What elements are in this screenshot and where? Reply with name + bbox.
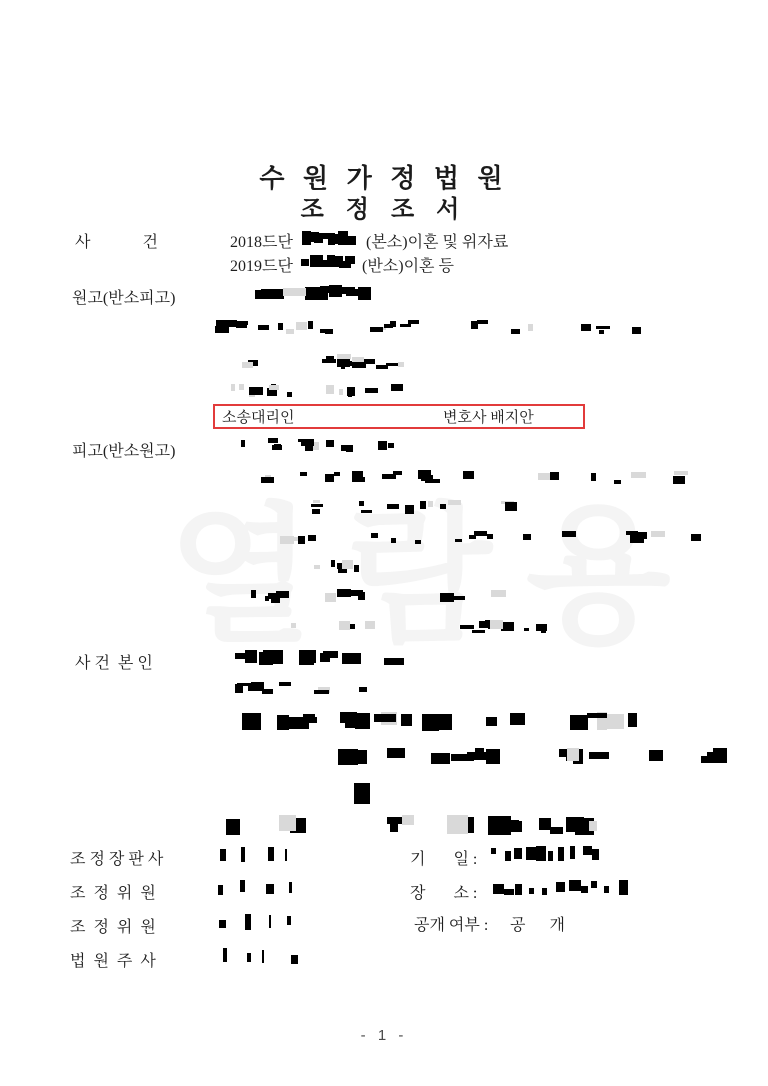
redaction-solid-square	[354, 783, 370, 804]
mediator-1-label: 조 정 위 원	[70, 880, 156, 903]
attorney-name: 변호사 배지안	[443, 406, 534, 427]
case-title-2: (반소)이혼 등	[362, 253, 454, 276]
redaction-defendant-line4	[228, 530, 702, 546]
representative-label: 소송대리인	[222, 406, 294, 427]
redaction-line-above-footer	[218, 815, 616, 835]
redaction-subject-line2	[222, 682, 374, 695]
case-number-1-prefix: 2018드단	[230, 229, 293, 252]
subject-person-label: 사 건 본 인	[75, 650, 153, 673]
redaction-case2-number	[301, 255, 357, 268]
redaction-plaintiff-line2	[214, 319, 650, 336]
case-title-1: (본소)이혼 및 위자료	[366, 229, 508, 252]
public-status-value: 공 개	[510, 912, 565, 935]
page-number: - 1 -	[0, 1027, 768, 1044]
redaction-defendant-name	[228, 438, 428, 452]
mediator-2-label: 조 정 위 원	[70, 914, 156, 937]
plaintiff-label: 원고(반소피고)	[72, 285, 175, 308]
case-label: 사 건	[75, 229, 158, 252]
redaction-mediator1-name	[216, 880, 316, 896]
redaction-plaintiff-line3	[240, 353, 435, 370]
redaction-date-value	[490, 846, 612, 861]
redaction-defendant-line7	[232, 619, 564, 634]
doc-type-title: 조 정 조 서	[0, 189, 768, 224]
redaction-defendant-line5	[308, 560, 392, 574]
redaction-subject-line4	[338, 747, 764, 765]
redaction-clerk-name	[216, 948, 316, 964]
hearing-date-label: 기 일 :	[410, 846, 481, 869]
case-number-2-prefix: 2019드단	[230, 253, 293, 276]
watermark: 열람용	[168, 455, 705, 671]
redaction-plaintiff-line4	[212, 384, 424, 398]
redaction-defendant-line2	[234, 470, 692, 484]
redaction-mediator2-name	[216, 914, 316, 930]
redaction-defendant-line6	[228, 589, 536, 604]
redaction-judge-name	[216, 846, 316, 862]
court-clerk-label: 법 원 주 사	[70, 948, 156, 971]
presiding-judge-label: 조 정 장 판 사	[70, 846, 163, 869]
redaction-subject-name	[228, 649, 418, 665]
redaction-place-value	[490, 880, 638, 895]
redaction-defendant-line3	[290, 500, 522, 514]
redaction-plaintiff-name	[228, 284, 378, 301]
hearing-place-label: 장 소 :	[410, 880, 481, 903]
defendant-label: 피고(반소원고)	[72, 438, 175, 461]
redaction-case1-number	[301, 231, 359, 245]
public-status-label: 공개 여부 :	[414, 912, 492, 935]
document-page: 열람용 수 원 가 정 법 원 조 정 조 서 사 건 2018드단 (본소)이…	[0, 0, 768, 1086]
redaction-subject-line3	[215, 712, 651, 731]
